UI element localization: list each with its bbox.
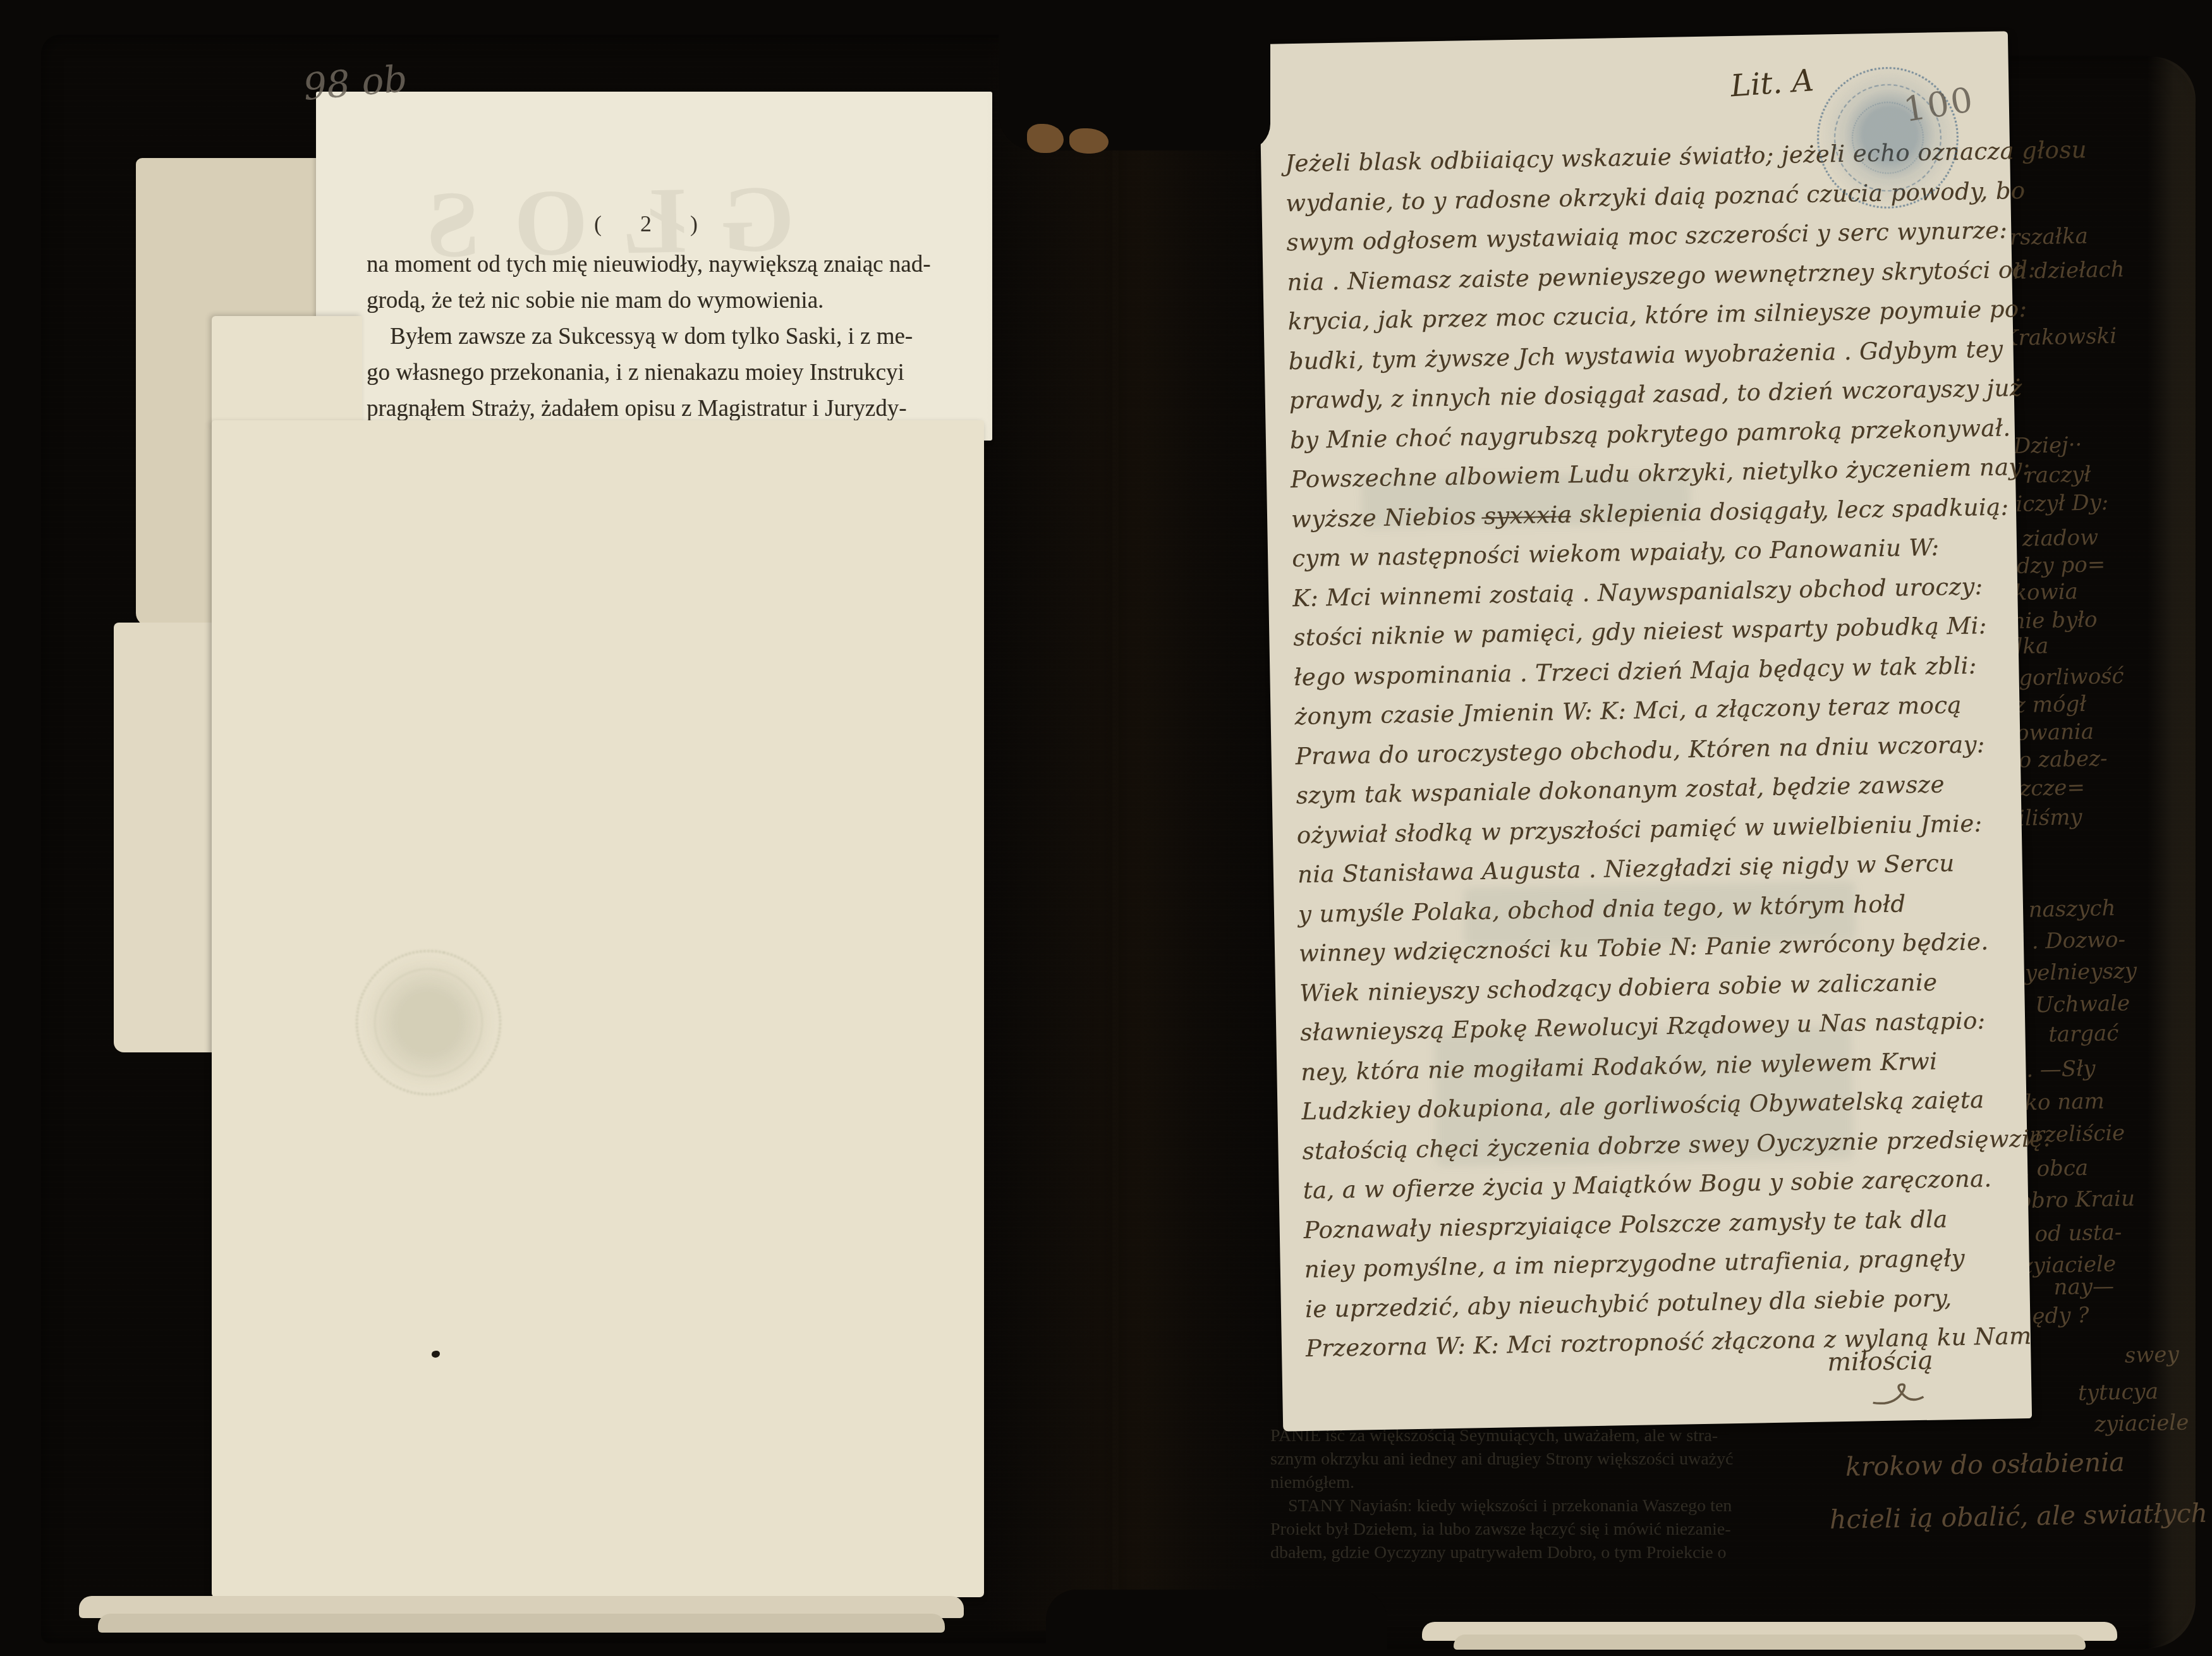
printed-line: dbałem, gdzie Oyczyzny upatrywałem Dobro…: [1270, 1543, 1733, 1566]
printed-line: niemógłem.: [1270, 1473, 1733, 1496]
margin-note-fragment: yelnieyszy: [2025, 958, 2137, 986]
margin-note-fragment: ędzy po=: [2003, 552, 2105, 579]
pencil-foliation-note: 98 ob: [301, 57, 409, 109]
manuscript-text-block: Jeżeli blask odbiiaiący wskazuie światło…: [1259, 31, 2031, 1375]
margin-note-fragment: Krakowski: [2002, 324, 2117, 351]
pasted-manuscript-sheet: Lit. A Jeżeli blask odbiiaiący wskazuie …: [1259, 31, 2032, 1431]
margin-note-fragment: nay—: [2053, 1274, 2114, 1300]
margin-note-fragment: liczył Dy:: [2008, 490, 2108, 517]
printed-line: na moment od tych mię nieuwiodły, naywię…: [367, 251, 986, 287]
page-stack-edge: [98, 1614, 945, 1633]
left-page: GŁOS ( 2 ) na moment od tych mię nieuwio…: [41, 35, 1112, 1643]
margin-note-fragment: i . Dozwo-: [2018, 927, 2126, 955]
margin-note-fragment: i od usta-: [2021, 1220, 2122, 1247]
printed-text-bottom: PANIE iść za większością Seymuiących, uw…: [1270, 1426, 1733, 1566]
printed-line: Byłem zawsze za Sukcessyą w dom tylko Sa…: [367, 323, 986, 359]
printed-line: Proiekt był Dziełem, ia lubo zawsze łącz…: [1270, 1519, 1733, 1543]
margin-note-fragment: kowia: [2014, 579, 2078, 606]
margin-note-fragment: ziadow: [2022, 525, 2098, 552]
photographed-book-spread: { "colors": { "background": "#0a0806", "…: [0, 0, 2212, 1656]
blank-sheet-corner: [212, 316, 362, 427]
margin-note-fragment: targać: [2048, 1021, 2119, 1047]
margin-note-fragment: ko nam: [2024, 1088, 2105, 1116]
handwritten-note: krokow do osłabienia: [1845, 1447, 2125, 1482]
printed-text-block: na moment od tych mię nieuwiodły, naywię…: [367, 251, 986, 431]
margin-note-fragment: gorliwość: [2019, 663, 2124, 690]
right-page: arszałkaich dziełachKrakowskii „Dziej··r…: [1119, 56, 2196, 1650]
margin-note-fragment: Uchwale: [2035, 990, 2130, 1018]
page-number: ( 2 ): [316, 210, 992, 237]
printed-line: grodą, że też nic sobie nie mam do wymow…: [367, 287, 986, 323]
bleedthrough-stamp-icon: [343, 937, 515, 1109]
ink-speck: [432, 1351, 440, 1358]
printed-page-sheet: GŁOS ( 2 ) na moment od tych mię nieuwio…: [316, 92, 992, 441]
binding-glue-remnant: [1027, 124, 1064, 153]
margin-note-fragment: n naszych: [2008, 896, 2116, 923]
flourish-mark: [1870, 1378, 1928, 1411]
margin-note-fragment: raczył: [2025, 462, 2091, 489]
margin-note-fragment: tytucya: [2078, 1379, 2159, 1406]
binding-glue-remnant: [1069, 128, 1109, 154]
page-deckle-edge: [2148, 57, 2196, 1648]
margin-note-fragment: nie było: [2011, 607, 2098, 634]
printed-line: STANY Nayiaśn: kiedy większości i przeko…: [1270, 1496, 1733, 1519]
pasted-blank-sheet: [212, 420, 984, 1597]
closing-word: miłością: [1827, 1346, 1933, 1377]
margin-note-fragment: ędy ?: [2032, 1303, 2089, 1329]
printed-line: go własnego przekonania, i z nienakazu m…: [367, 359, 986, 395]
printed-line: sznym okrzyku ani iedney ani drugiey Str…: [1270, 1449, 1733, 1473]
binding-gap-bottom: [1046, 1590, 1387, 1656]
